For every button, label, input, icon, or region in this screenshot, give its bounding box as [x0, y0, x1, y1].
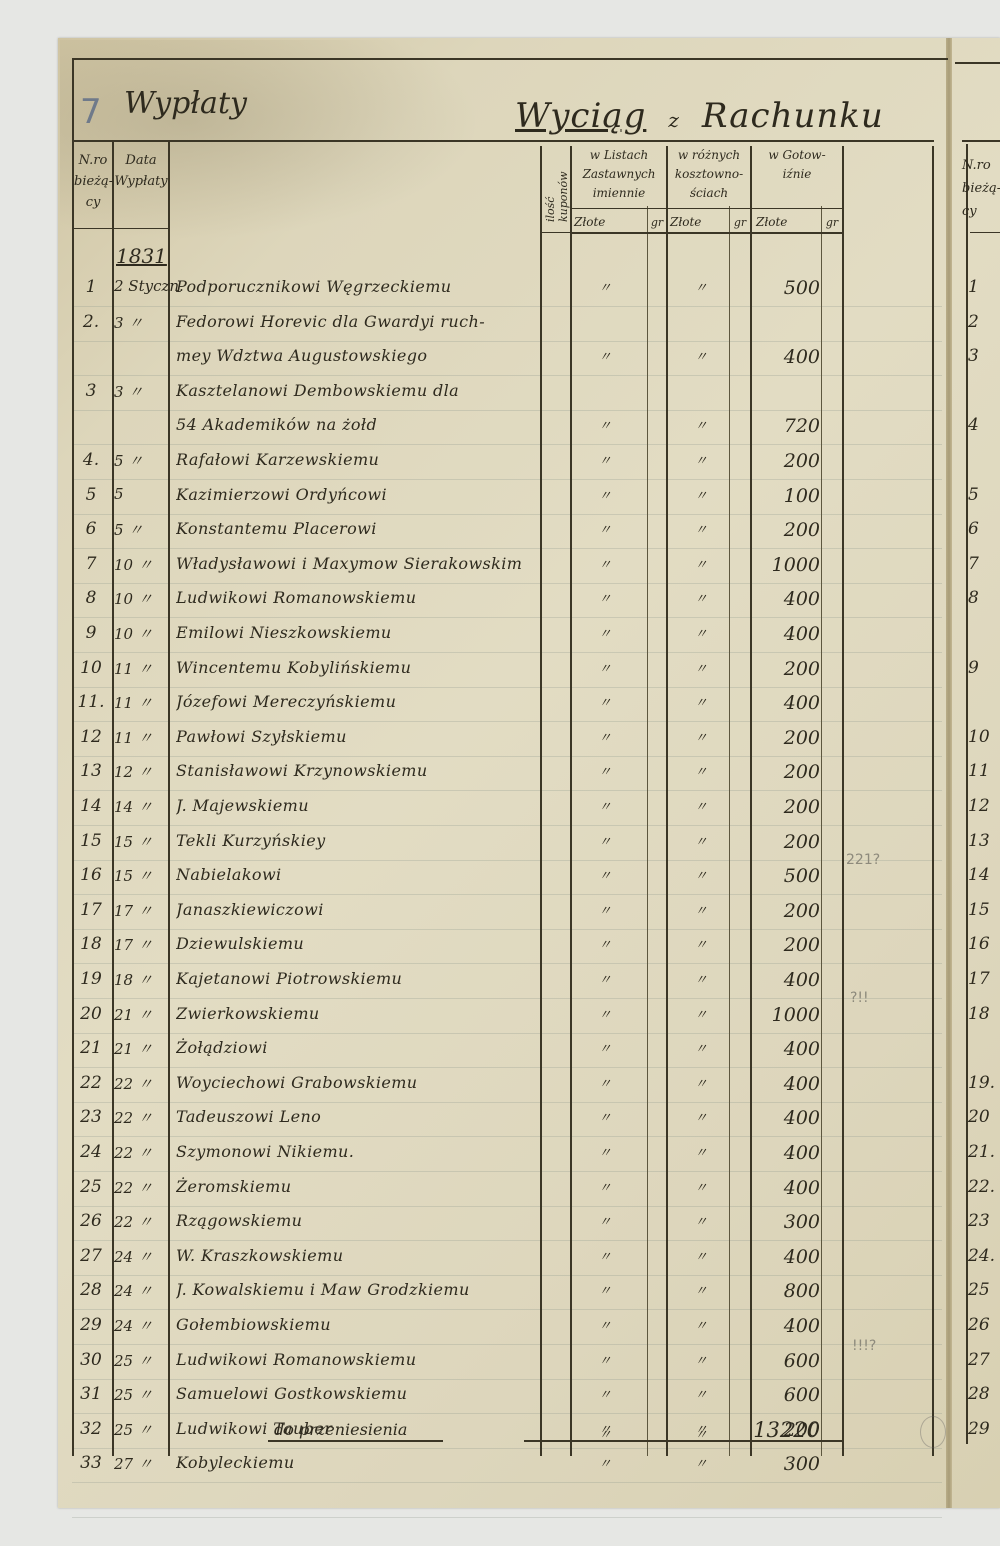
right-row-number: 23: [968, 1211, 1000, 1231]
row-listach: 〃: [590, 692, 620, 711]
row-payee: Kajetanowi Piotrowskiemu: [176, 969, 546, 988]
row-roznych: 〃: [686, 865, 716, 884]
right-row-number: 16: [968, 934, 1000, 954]
row-amount: 200: [752, 450, 820, 472]
row-listach: 〃: [590, 485, 620, 504]
title-word-2: Rachunku: [702, 96, 884, 136]
row-roznych: 〃: [686, 554, 716, 573]
row-roznych: 〃: [686, 796, 716, 815]
row-amount: 400: [752, 623, 820, 645]
row-date: 22 〃: [114, 1073, 170, 1094]
header-rule: [72, 140, 934, 142]
row-payee: Szymonowi Nikiemu.: [176, 1142, 546, 1161]
row-number: 30: [74, 1350, 108, 1370]
row-number: 1: [74, 277, 108, 297]
total-row: 〃 〃: [0, 1424, 1000, 1454]
header-date-line1: Data: [114, 150, 168, 171]
row-payee: Rzągowskiemu: [176, 1211, 546, 1230]
row-roznych: 〃: [686, 588, 716, 607]
right-row-number: 24.: [968, 1246, 1000, 1266]
right-row-number: 25: [968, 1280, 1000, 1300]
row-amount: 400: [752, 346, 820, 368]
right-row-number: 21.: [968, 1142, 1000, 1162]
row-payee: Kobyleckiemu: [176, 1453, 546, 1472]
right-header-rule: [962, 140, 1000, 142]
right-row-number: 3: [968, 346, 1000, 366]
row-payee: Konstantemu Placerowi: [176, 519, 546, 538]
row-date: 24 〃: [114, 1315, 170, 1336]
right-header-line3: cy: [962, 200, 1000, 223]
row-payee: Wincentemu Kobylińskiemu: [176, 658, 546, 677]
row-payee: Podporucznikowi Węgrzeckiemu: [176, 277, 546, 296]
table-row: 1817 〃Dziewulskiemu〃〃20016: [0, 934, 1000, 964]
right-page-header: N.ro bieżą- cy: [962, 154, 1000, 223]
row-amount: 400: [752, 588, 820, 610]
row-amount: 400: [752, 969, 820, 991]
row-number: 15: [74, 831, 108, 851]
right-row-number: 12: [968, 796, 1000, 816]
row-date: 5: [114, 485, 170, 503]
row-listach: 〃: [590, 865, 620, 884]
row-amount: 200: [752, 519, 820, 541]
row-payee: Dziewulskiemu: [176, 934, 546, 953]
row-date: 21 〃: [114, 1038, 170, 1059]
right-row-number: 5: [968, 485, 1000, 505]
row-roznych: 〃: [686, 1280, 716, 1299]
right-header-line2: bieżą-: [962, 177, 1000, 200]
document-title: WyciągzRachunku: [515, 96, 884, 136]
header-nr-line1: N.ro: [74, 150, 112, 171]
pencil-note: 221?: [846, 852, 880, 868]
header-listach-zlote: Złote: [574, 212, 644, 233]
row-date: 17 〃: [114, 934, 170, 955]
table-row: 2.3 〃Fedorowi Horevic dla Gwardyi ruch-2: [0, 312, 1000, 342]
right-row-number: 20: [968, 1107, 1000, 1127]
table-row: 11.11 〃Józefowi Mereczyńskiemu〃〃400: [0, 692, 1000, 722]
row-roznych: 〃: [686, 415, 716, 434]
row-date: 10 〃: [114, 623, 170, 644]
table-row: 4.5 〃Rafałowi Karzewskiemu〃〃200: [0, 450, 1000, 480]
row-roznych: 〃: [686, 727, 716, 746]
page-number: 7: [80, 92, 102, 132]
table-row: 2924 〃Gołembiowskiemu〃〃40026: [0, 1315, 1000, 1345]
table-row: 910 〃Emilowi Nieszkowskiemu〃〃400: [0, 623, 1000, 653]
row-number: 14: [74, 796, 108, 816]
pencil-note: !!!?: [852, 1338, 876, 1354]
row-amount: 200: [752, 831, 820, 853]
header-roznych-gr: gr: [731, 212, 749, 233]
table-row: 1211 〃Pawłowi Szyłskiemu〃〃20010: [0, 727, 1000, 757]
row-payee: mey Wdztwa Augustowskiego: [176, 346, 546, 365]
right-row-number: 22.: [968, 1177, 1000, 1197]
row-number: 16: [74, 865, 108, 885]
row-payee: Józefowi Mereczyńskiemu: [176, 692, 546, 711]
date-header-rule: [114, 228, 168, 229]
row-payee: W. Kraszkowskiemu: [176, 1246, 546, 1265]
row-roznych: 〃: [686, 1038, 716, 1057]
right-row-number: 7: [968, 554, 1000, 574]
row-listach: 〃: [590, 900, 620, 919]
row-amount: 400: [752, 1107, 820, 1129]
row-amount: 200: [752, 727, 820, 749]
row-listach: 〃: [590, 1246, 620, 1265]
header-coupons: ilość kuponów: [544, 171, 570, 222]
header-roznych: w różnych kosztowno- ściach: [668, 146, 750, 203]
row-date: 22 〃: [114, 1177, 170, 1198]
row-date: 25 〃: [114, 1350, 170, 1371]
row-listach: 〃: [590, 934, 620, 953]
table-row: 810 〃Ludwikowi Romanowskiemu〃〃4008: [0, 588, 1000, 618]
row-payee: J. Kowalskiemu i Maw Grodzkiemu: [176, 1280, 546, 1299]
row-date: 10 〃: [114, 588, 170, 609]
right-row-number: 6: [968, 519, 1000, 539]
table-row: 2322 〃Tadeuszowi Leno〃〃40020: [0, 1107, 1000, 1137]
row-number: 27: [74, 1246, 108, 1266]
right-frame-top: [955, 62, 1000, 64]
row-date: 12 〃: [114, 761, 170, 782]
row-date: 11 〃: [114, 658, 170, 679]
row-roznych: 〃: [686, 346, 716, 365]
row-payee: Żeromskiemu: [176, 1177, 546, 1196]
currency-subheader-rule: [572, 208, 842, 209]
table-row: 12 Styczn.Podporucznikowi Węgrzeckiemu〃〃…: [0, 277, 1000, 307]
row-date: 22 〃: [114, 1142, 170, 1163]
header-coupons-line2: kuponów: [557, 171, 570, 222]
row-payee: Żołądziowi: [176, 1038, 546, 1057]
row-roznych: 〃: [686, 450, 716, 469]
right-row-number: 18: [968, 1004, 1000, 1024]
row-amount: 500: [752, 865, 820, 887]
header-gotowce-line2: iźnie: [752, 165, 842, 184]
row-roznych: 〃: [686, 277, 716, 296]
title-word-z: z: [668, 108, 680, 132]
row-listach: 〃: [590, 761, 620, 780]
row-roznych: 〃: [686, 1211, 716, 1230]
row-amount: 400: [752, 1315, 820, 1337]
row-date: 17 〃: [114, 900, 170, 921]
row-roznych: 〃: [686, 1073, 716, 1092]
row-roznych: 〃: [686, 1315, 716, 1334]
total-listach: 〃: [590, 1424, 620, 1443]
table-row: 1615 〃Nabielakowi〃〃50014: [0, 865, 1000, 895]
row-date: 14 〃: [114, 796, 170, 817]
row-amount: 200: [752, 761, 820, 783]
row-payee: Ludwikowi Romanowskiemu: [176, 588, 546, 607]
row-number: 19: [74, 969, 108, 989]
row-date: 24 〃: [114, 1280, 170, 1301]
row-number: 31: [74, 1384, 108, 1404]
right-row-number: 10: [968, 727, 1000, 747]
row-amount: 200: [752, 934, 820, 956]
row-number: 3: [74, 381, 108, 401]
row-roznych: 〃: [686, 1350, 716, 1369]
row-number: 4.: [74, 450, 108, 470]
ruled-line: [72, 1517, 942, 1518]
row-number: 33: [74, 1453, 108, 1473]
row-listach: 〃: [590, 450, 620, 469]
right-header-subrule: [970, 232, 1000, 233]
row-amount: 1000: [752, 554, 820, 576]
row-number: 26: [74, 1211, 108, 1231]
total-amount: 13220: [740, 1418, 820, 1442]
row-payee: 54 Akademików na żołd: [176, 415, 546, 434]
header-gotowce: w Gotow- iźnie: [752, 146, 842, 184]
row-roznych: 〃: [686, 485, 716, 504]
row-date: 2 Styczn.: [114, 277, 170, 295]
right-row-number: 28: [968, 1384, 1000, 1404]
header-gotowce-line1: w Gotow-: [752, 146, 842, 165]
table-row: 3327 〃Kobyleckiemu〃〃300: [0, 1453, 1000, 1483]
right-row-number: 14: [968, 865, 1000, 885]
row-payee: Ludwikowi Romanowskiemu: [176, 1350, 546, 1369]
right-header-line1: N.ro: [962, 154, 1000, 177]
table-row: 1011 〃Wincentemu Kobylińskiemu〃〃2009: [0, 658, 1000, 688]
table-row: 2522 〃Żeromskiemu〃〃40022.: [0, 1177, 1000, 1207]
row-number: 29: [74, 1315, 108, 1335]
row-amount: 600: [752, 1384, 820, 1406]
row-listach: 〃: [590, 1453, 620, 1472]
table-row: mey Wdztwa Augustowskiego〃〃4003: [0, 346, 1000, 376]
row-roznych: 〃: [686, 1246, 716, 1265]
row-date: 15 〃: [114, 865, 170, 886]
header-nr: N.ro bieżą- cy: [74, 150, 112, 213]
header-nr-line3: cy: [74, 192, 112, 213]
table-row: 54 Akademików na żołd〃〃7204: [0, 415, 1000, 445]
row-payee: Pawłowi Szyłskiemu: [176, 727, 546, 746]
row-date: 5 〃: [114, 519, 170, 540]
row-amount: 800: [752, 1280, 820, 1302]
row-listach: 〃: [590, 415, 620, 434]
row-amount: 100: [752, 485, 820, 507]
row-roznych: 〃: [686, 1177, 716, 1196]
row-listach: 〃: [590, 277, 620, 296]
table-row: 3125 〃Samuelowi Gostkowskiemu〃〃60028: [0, 1384, 1000, 1414]
row-number: 23: [74, 1107, 108, 1127]
row-listach: 〃: [590, 1384, 620, 1403]
row-payee: Tadeuszowi Leno: [176, 1107, 546, 1126]
row-payee: Tekli Kurzyńskiey: [176, 831, 546, 850]
coupons-header-rule: [542, 232, 570, 233]
row-payee: J. Majewskiemu: [176, 796, 546, 815]
row-roznych: 〃: [686, 900, 716, 919]
header-roznych-line3: ściach: [668, 184, 750, 203]
row-roznych: 〃: [686, 761, 716, 780]
row-listach: 〃: [590, 346, 620, 365]
table-row: 2622 〃Rzągowskiemu〃〃30023: [0, 1211, 1000, 1241]
header-date-line2: Wypłaty: [114, 171, 168, 192]
row-listach: 〃: [590, 623, 620, 642]
row-date: 15 〃: [114, 831, 170, 852]
header-roznych-zlote: Złote: [670, 212, 726, 233]
pencil-note: ?!!: [850, 990, 869, 1006]
row-number: 10: [74, 658, 108, 678]
header-nr-line2: bieżą-: [74, 171, 112, 192]
row-payee: Stanisławowi Krzynowskiemu: [176, 761, 546, 780]
header-listach-line3: imiennie: [572, 184, 666, 203]
header-listach-gr: gr: [649, 212, 665, 233]
row-number: 2.: [74, 312, 108, 332]
row-amount: 400: [752, 1177, 820, 1199]
row-date: 11 〃: [114, 692, 170, 713]
row-listach: 〃: [590, 519, 620, 538]
table-row: 3025 〃Ludwikowi Romanowskiemu〃〃60027: [0, 1350, 1000, 1380]
table-row: 55Kazimierzowi Ordyńcowi〃〃1005: [0, 485, 1000, 515]
header-listach: w Listach Zastawnych imiennie: [572, 146, 666, 203]
row-date: 22 〃: [114, 1107, 170, 1128]
right-row-number: 9: [968, 658, 1000, 678]
row-amount: 400: [752, 1038, 820, 1060]
header-gotowce-zlote: Złote: [756, 212, 816, 233]
right-row-number: 19.: [968, 1073, 1000, 1093]
header-listach-line2: Zastawnych: [572, 165, 666, 184]
row-number: 13: [74, 761, 108, 781]
row-roznych: 〃: [686, 658, 716, 677]
right-row-number: 17: [968, 969, 1000, 989]
right-row-number: 26: [968, 1315, 1000, 1335]
row-number: 22: [74, 1073, 108, 1093]
row-amount: 200: [752, 796, 820, 818]
row-amount: 400: [752, 1142, 820, 1164]
row-roznych: 〃: [686, 519, 716, 538]
row-number: 20: [74, 1004, 108, 1024]
row-payee: Kazimierzowi Ordyńcowi: [176, 485, 546, 504]
header-roznych-line1: w różnych: [668, 146, 750, 165]
row-listach: 〃: [590, 1107, 620, 1126]
row-number: 7: [74, 554, 108, 574]
right-row-number: 1: [968, 277, 1000, 297]
row-amount: 600: [752, 1350, 820, 1372]
row-date: 10 〃: [114, 554, 170, 575]
row-roznych: 〃: [686, 831, 716, 850]
table-row: 710 〃Władysławowi i Maxymow Sierakowskim…: [0, 554, 1000, 584]
row-amount: 300: [752, 1211, 820, 1233]
table-row: 1312 〃Stanisławowi Krzynowskiemu〃〃20011: [0, 761, 1000, 791]
row-date: 27 〃: [114, 1453, 170, 1474]
right-row-number: 2: [968, 312, 1000, 332]
row-listach: 〃: [590, 1004, 620, 1023]
row-roznych: 〃: [686, 1107, 716, 1126]
row-date: 11 〃: [114, 727, 170, 748]
table-row: 2121 〃Żołądziowi〃〃400: [0, 1038, 1000, 1068]
table-row: 1414 〃J. Majewskiemu〃〃20012: [0, 796, 1000, 826]
row-listach: 〃: [590, 588, 620, 607]
row-payee: Zwierkowskiemu: [176, 1004, 546, 1023]
row-amount: 200: [752, 900, 820, 922]
row-roznych: 〃: [686, 623, 716, 642]
row-listach: 〃: [590, 727, 620, 746]
row-roznych: 〃: [686, 934, 716, 953]
row-roznych: 〃: [686, 1004, 716, 1023]
row-payee: Rafałowi Karzewskiemu: [176, 450, 546, 469]
header-listach-line1: w Listach: [572, 146, 666, 165]
row-number: 25: [74, 1177, 108, 1197]
row-amount: 300: [752, 1453, 820, 1475]
row-listach: 〃: [590, 658, 620, 677]
row-listach: 〃: [590, 1073, 620, 1092]
header-coupons-line1: ilość: [544, 171, 557, 222]
row-listach: 〃: [590, 831, 620, 850]
row-listach: 〃: [590, 1038, 620, 1057]
right-row-number: 13: [968, 831, 1000, 851]
row-listach: 〃: [590, 1177, 620, 1196]
right-row-number: 27: [968, 1350, 1000, 1370]
row-payee: Woyciechowi Grabowskiemu: [176, 1073, 546, 1092]
row-roznych: 〃: [686, 1384, 716, 1403]
row-listach: 〃: [590, 796, 620, 815]
row-listach: 〃: [590, 554, 620, 573]
row-listach: 〃: [590, 1280, 620, 1299]
row-date: 24 〃: [114, 1246, 170, 1267]
right-row-number: 11: [968, 761, 1000, 781]
year-label: 1831: [116, 244, 167, 268]
archive-stamp: [920, 1416, 946, 1448]
row-date: 3 〃: [114, 381, 170, 402]
table-row: 2222 〃Woyciechowi Grabowskiemu〃〃40019.: [0, 1073, 1000, 1103]
row-amount: 400: [752, 692, 820, 714]
right-row-number: 4: [968, 415, 1000, 435]
row-amount: 400: [752, 1073, 820, 1095]
header-gotowce-gr: gr: [823, 212, 841, 233]
table-row: 2021 〃Zwierkowskiemu〃〃100018: [0, 1004, 1000, 1034]
row-payee: Gołembiowskiemu: [176, 1315, 546, 1334]
row-listach: 〃: [590, 1211, 620, 1230]
row-date: 18 〃: [114, 969, 170, 990]
row-roznych: 〃: [686, 969, 716, 988]
row-payee: Władysławowi i Maxymow Sierakowskim: [176, 554, 546, 573]
row-payee: Kasztelanowi Dembowskiemu dla: [176, 381, 546, 400]
row-number: 17: [74, 900, 108, 920]
frame-top: [72, 58, 948, 60]
row-listach: 〃: [590, 969, 620, 988]
row-amount: 400: [752, 1246, 820, 1268]
row-date: 21 〃: [114, 1004, 170, 1025]
right-row-number: 15: [968, 900, 1000, 920]
table-row: 2824 〃J. Kowalskiemu i Maw Grodzkiemu〃〃8…: [0, 1280, 1000, 1310]
title-word-1: Wyciąg: [515, 96, 646, 136]
row-date: 25 〃: [114, 1384, 170, 1405]
row-number: 8: [74, 588, 108, 608]
row-number: 28: [74, 1280, 108, 1300]
row-amount: 500: [752, 277, 820, 299]
row-listach: 〃: [590, 1142, 620, 1161]
row-number: 9: [74, 623, 108, 643]
row-amount: 1000: [752, 1004, 820, 1026]
row-payee: Nabielakowi: [176, 865, 546, 884]
row-listach: 〃: [590, 1350, 620, 1369]
right-row-number: 8: [968, 588, 1000, 608]
header-date: Data Wypłaty: [114, 150, 168, 192]
row-listach: 〃: [590, 1315, 620, 1334]
row-number: 6: [74, 519, 108, 539]
row-amount: 720: [752, 415, 820, 437]
row-roznych: 〃: [686, 1453, 716, 1472]
row-amount: 200: [752, 658, 820, 680]
table-row: 2724 〃W. Kraszkowskiemu〃〃40024.: [0, 1246, 1000, 1276]
row-number: 11.: [74, 692, 108, 712]
row-number: 5: [74, 485, 108, 505]
row-date: 22 〃: [114, 1211, 170, 1232]
section-title: Wypłaty: [124, 86, 247, 121]
nr-header-rule: [74, 228, 112, 229]
table-row: 1717 〃Janaszkiewiczowi〃〃20015: [0, 900, 1000, 930]
row-number: 24: [74, 1142, 108, 1162]
row-payee: Emilowi Nieszkowskiemu: [176, 623, 546, 642]
total-roznych: 〃: [686, 1424, 716, 1443]
row-number: 12: [74, 727, 108, 747]
row-date: 5 〃: [114, 450, 170, 471]
row-payee: Fedorowi Horevic dla Gwardyi ruch-: [176, 312, 546, 331]
row-payee: Samuelowi Gostkowskiemu: [176, 1384, 546, 1403]
